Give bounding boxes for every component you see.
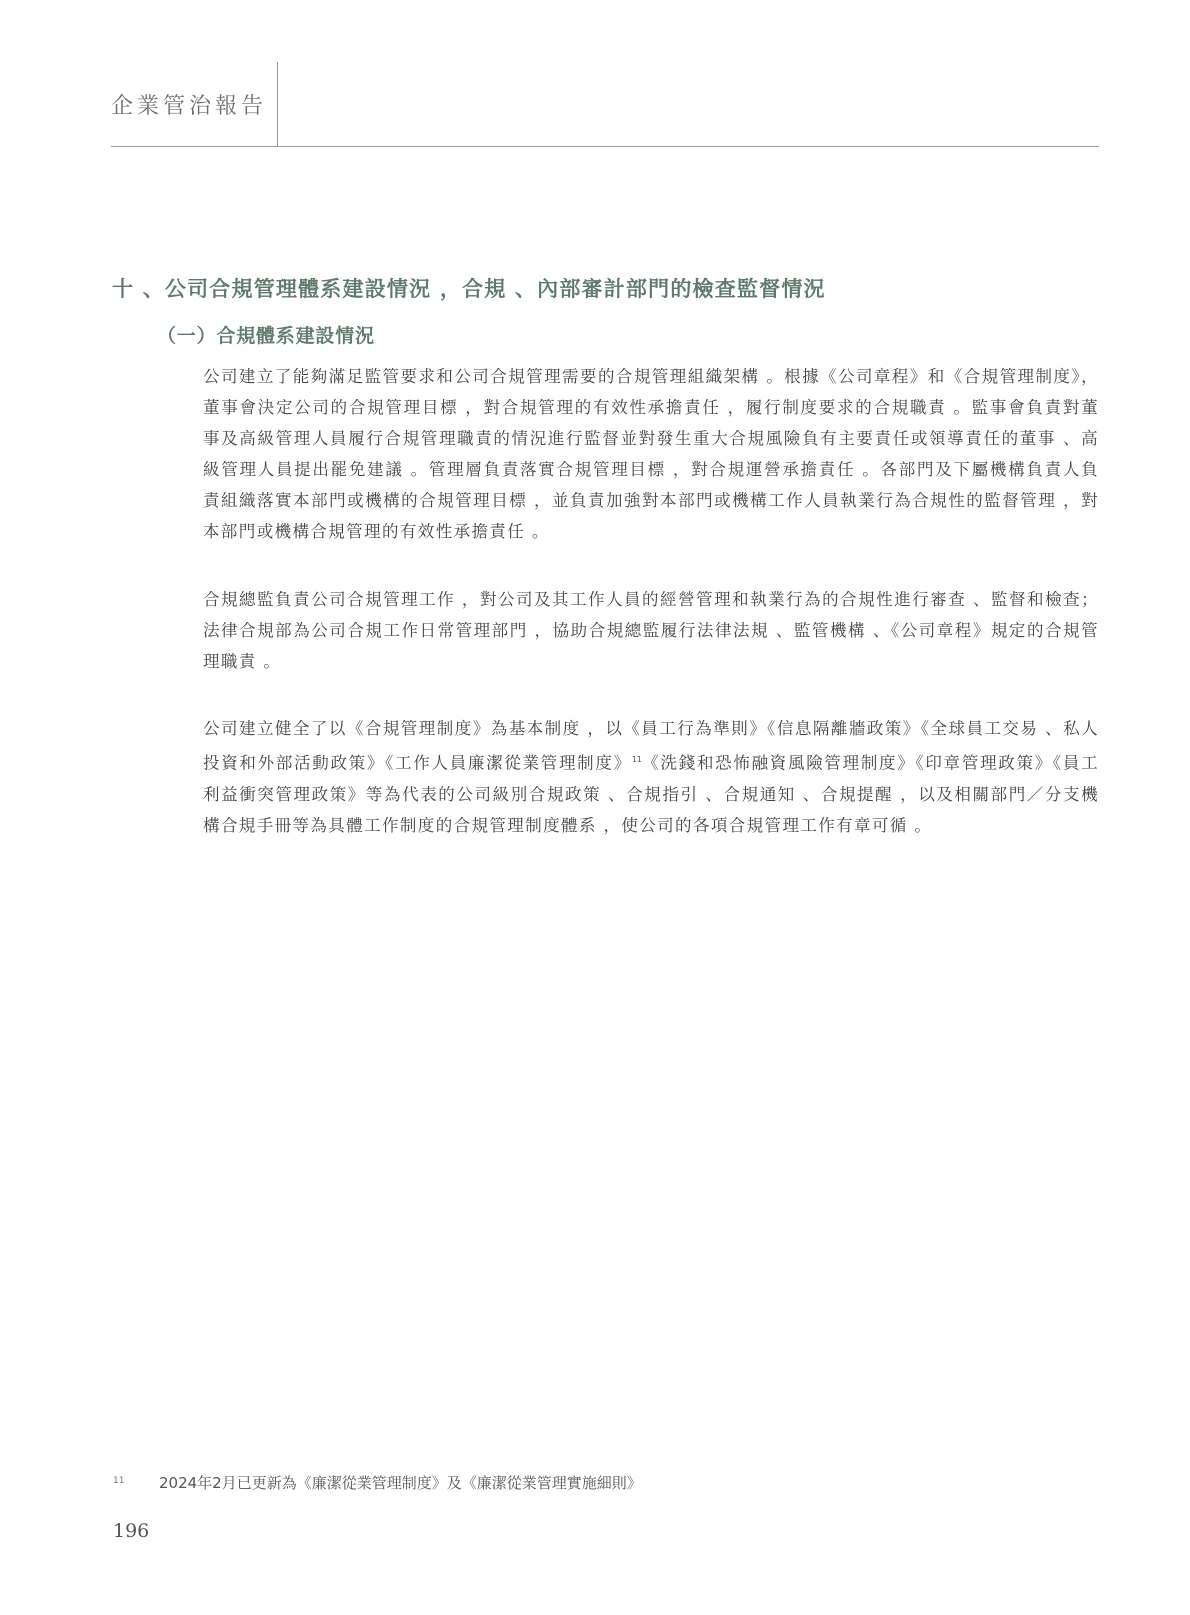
page-number: 196 <box>113 1518 149 1544</box>
header-horizontal-rule <box>111 146 1099 147</box>
header-vertical-divider <box>277 62 278 146</box>
running-header-title: 企業管治報告 <box>111 92 267 122</box>
paragraph-1: 公司建立了能夠滿足監管要求和公司合規管理需要的合規管理組織架構 。根據《公司章程… <box>203 361 1099 547</box>
paragraph-2: 合規總監負責公司合規管理工作 ，對公司及其工作人員的經營管理和執業行為的合規性進… <box>203 584 1099 677</box>
footnote-reference[interactable]: 11 <box>632 755 642 764</box>
footnote: 112024年2月已更新為《廉潔從業管理制度》及《廉潔從業管理實施細則》 <box>113 1472 642 1494</box>
section-heading: 十 、公司合規管理體系建設情況 ，合規 、內部審計部門的檢查監督情況 <box>112 274 826 304</box>
footnote-marker: 11 <box>113 1470 159 1492</box>
sub-heading: （一）合規體系建設情況 <box>157 322 375 350</box>
paragraph-3: 公司建立健全了以《合規管理制度》為基本制度 ，以《員工行為準則》《信息隔離牆政策… <box>203 713 1099 841</box>
footnote-text: 2024年2月已更新為《廉潔從業管理制度》及《廉潔從業管理實施細則》 <box>159 1474 642 1492</box>
